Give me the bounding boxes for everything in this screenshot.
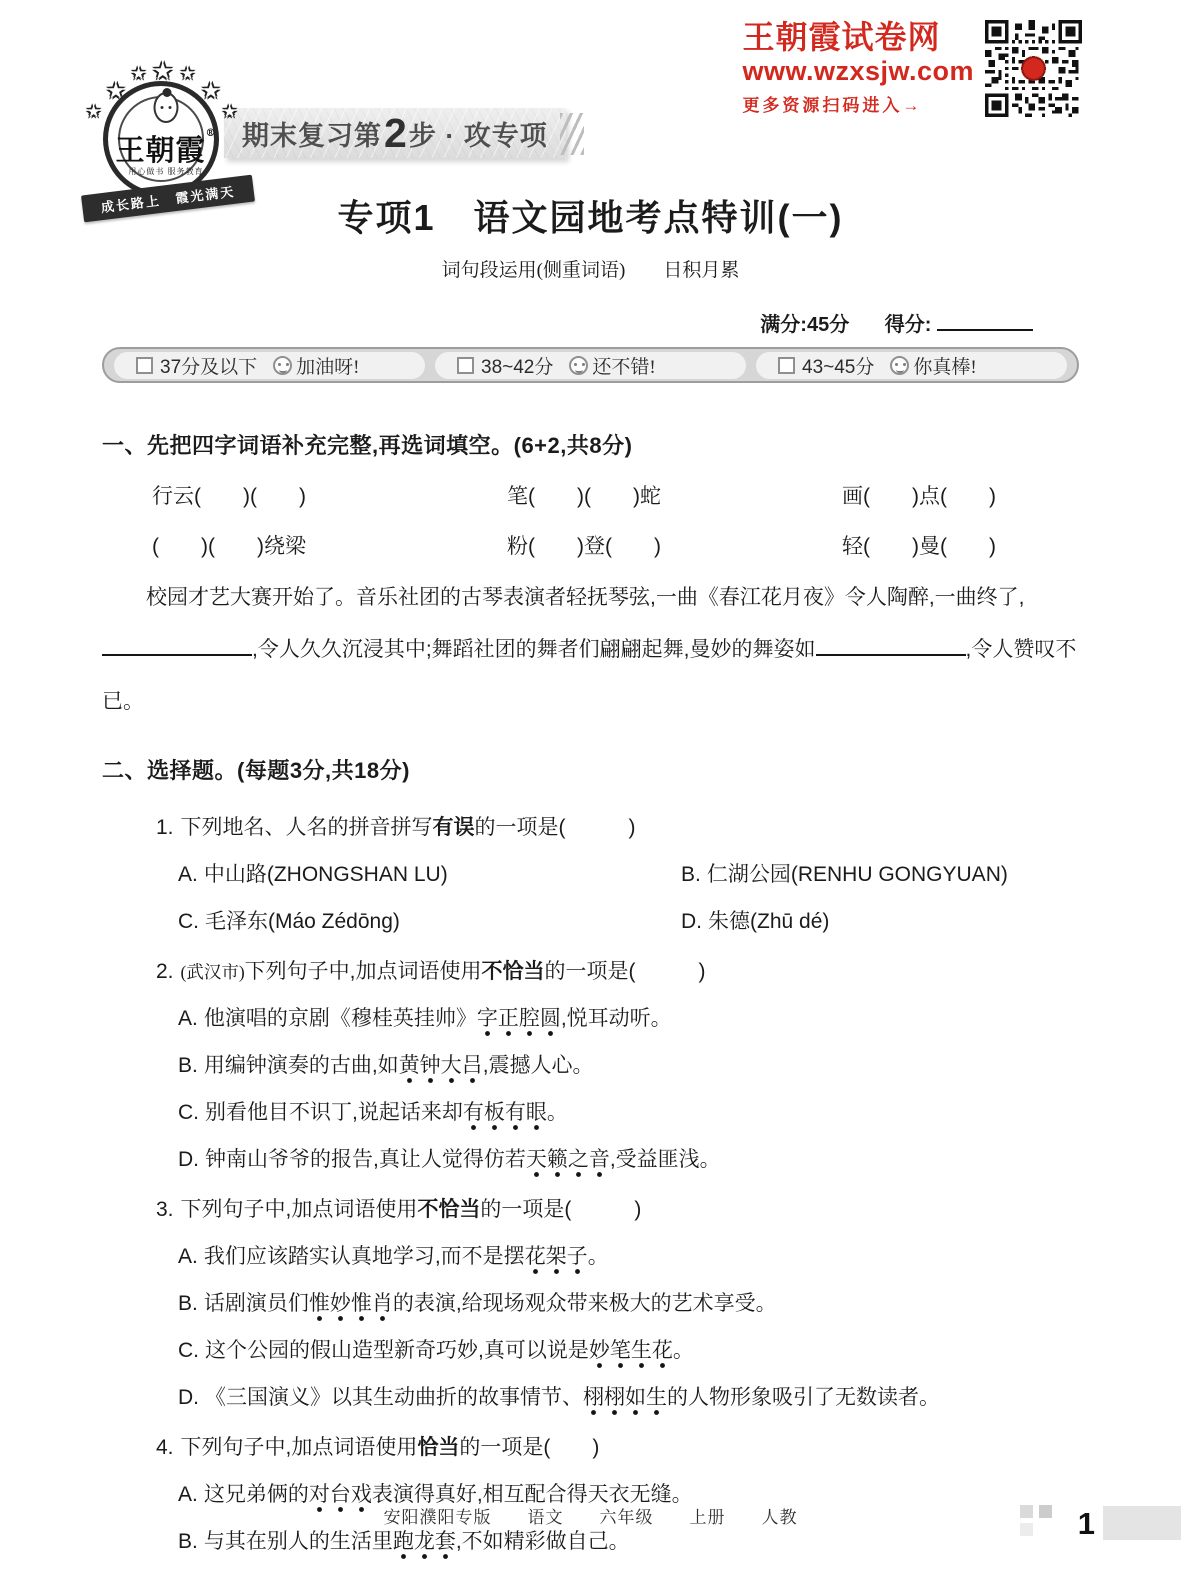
idiom-cell: 轻( )曼( ) bbox=[842, 530, 1079, 560]
dotted-word: 字正腔圆 bbox=[477, 1007, 561, 1037]
star-icon: ★ bbox=[106, 78, 126, 104]
text-segment: 毛泽东(Máo Zédōng) bbox=[205, 910, 400, 933]
got-score-label: 得分: bbox=[885, 314, 932, 336]
score-row: 满分:45分 得分: bbox=[102, 308, 1079, 337]
text-segment: ,不如精彩做自己。 bbox=[456, 1530, 630, 1553]
face-icon bbox=[273, 356, 292, 375]
text-segment: 。 bbox=[588, 1245, 609, 1268]
dotted-word: 天籁之音 bbox=[526, 1148, 610, 1178]
text-segment: 不恰当 bbox=[417, 1198, 480, 1221]
option-label: B. bbox=[178, 1530, 198, 1553]
option-row: A.他演唱的京剧《穆桂英挂帅》字正腔圆,悦耳动听。 bbox=[178, 995, 1079, 1042]
text-segment: 《三国演义》以其生动曲折的故事情节、 bbox=[205, 1386, 583, 1409]
text-segment: 朱德(Zhū dé) bbox=[708, 910, 829, 933]
option-list: A.他演唱的京剧《穆桂英挂帅》字正腔圆,悦耳动听。B.用编钟演奏的古曲,如黄钟大… bbox=[102, 995, 1079, 1183]
text-segment: 他演唱的京剧《穆桂英挂帅》 bbox=[204, 1007, 477, 1030]
portrait-icon bbox=[154, 92, 179, 123]
option-row: D.钟南山爷爷的报告,真让人觉得仿若天籁之音,受益匪浅。 bbox=[178, 1136, 1079, 1183]
rating-range: 43~45分 bbox=[802, 352, 874, 379]
text-segment: 别看他目不识丁,说起话来却 bbox=[205, 1101, 463, 1124]
idiom-cell: ( )( )绕梁 bbox=[152, 530, 507, 560]
text-segment: 的表演,给现场观众带来极大的艺术享受。 bbox=[393, 1292, 777, 1315]
text-segment: 。 bbox=[673, 1339, 694, 1362]
option-label: B. bbox=[178, 1292, 198, 1315]
text-segment: 的一项是( ) bbox=[475, 816, 636, 839]
section2-heading: 二、选择题。(每题3分,共18分) bbox=[102, 754, 1079, 785]
qr-code bbox=[985, 20, 1082, 117]
star-icon: ★ bbox=[86, 102, 101, 122]
option-label: B. bbox=[178, 1054, 198, 1077]
text-segment: 与其在别人的生活里 bbox=[204, 1530, 393, 1553]
text-segment: 仁湖公园(RENHU GONGYUAN) bbox=[707, 863, 1008, 886]
option-list: A.中山路(ZHONGSHAN LU)B.仁湖公园(RENHU GONGYUAN… bbox=[102, 851, 1079, 945]
banner-text-post: 步 · 攻专项 bbox=[409, 114, 548, 153]
fill-in-paragraph: 校园才艺大赛开始了。音乐社团的古琴表演者轻抚琴弦,一曲《春江花月夜》令人陶醉,一… bbox=[102, 572, 1079, 728]
section1-heading: 一、先把四字词语补充完整,再选词填空。(6+2,共8分) bbox=[102, 429, 1079, 460]
dotted-word: 栩栩如生 bbox=[583, 1386, 667, 1416]
option-row: D.《三国演义》以其生动曲折的故事情节、栩栩如生的人物形象吸引了无数读者。 bbox=[178, 1374, 1079, 1421]
text-segment: 有误 bbox=[433, 816, 475, 839]
dotted-word: 花架子 bbox=[525, 1245, 588, 1275]
text-segment: 校园才艺大赛开始了。音乐社团的古琴表演者轻抚琴弦,一曲《春江花月夜》令人陶醉,一… bbox=[146, 586, 1025, 609]
option-row: D.朱德(Zhū dé) bbox=[681, 898, 1079, 945]
star-icon: ★ bbox=[222, 102, 237, 122]
option-label: D. bbox=[681, 910, 702, 933]
site-text: 王朝霞试卷网 www.wzxsjw.com 更多资源扫码进入→ bbox=[742, 20, 974, 116]
question-number: 1. bbox=[156, 816, 174, 839]
option-row: A.我们应该踏实认真地学习,而不是摆花架子。 bbox=[178, 1233, 1079, 1280]
worksheet-page: ★ ★ ★ ★ ★ ★ ★ 王朝霞® 用心做书 服务教育 成长路上 霞光满天 期… bbox=[0, 0, 1181, 1582]
text-segment: 下列句子中,加点词语使用 bbox=[181, 1198, 418, 1221]
rating-segment: 37分及以下 加油呀! bbox=[114, 352, 425, 379]
text-segment: 的人物形象吸引了无数读者。 bbox=[667, 1386, 940, 1409]
score-fill-blank[interactable] bbox=[937, 312, 1033, 331]
text-segment: (武汉市) bbox=[181, 962, 245, 982]
option-label: C. bbox=[178, 910, 199, 933]
option-row: B.话剧演员们惟妙惟肖的表演,给现场观众带来极大的艺术享受。 bbox=[178, 1280, 1079, 1327]
rating-bar: 37分及以下 加油呀! 38~42分 还不错! 43~45分 你真棒! bbox=[102, 347, 1079, 383]
rating-segment: 43~45分 你真棒! bbox=[756, 352, 1067, 379]
text-segment: 这个公园的假山造型新奇巧妙,真可以说是 bbox=[205, 1339, 589, 1362]
option-label: C. bbox=[178, 1339, 199, 1362]
question-stem: 1.下列地名、人名的拼音拼写有误的一项是( ) bbox=[102, 805, 1079, 851]
star-icon: ★ bbox=[180, 64, 195, 84]
text-segment: 恰当 bbox=[417, 1436, 459, 1459]
face-icon bbox=[569, 356, 588, 375]
option-label: D. bbox=[178, 1148, 199, 1171]
text-segment: 我们应该踏实认真地学习,而不是摆 bbox=[204, 1245, 525, 1268]
rating-comment: 你真棒! bbox=[913, 352, 976, 379]
text-segment: ,震撼人心。 bbox=[483, 1054, 594, 1077]
site-url: www.wzxsjw.com bbox=[742, 55, 974, 87]
text-segment: 用编钟演奏的古曲,如 bbox=[204, 1054, 399, 1077]
page-number-band bbox=[1103, 1506, 1181, 1540]
question: 3.下列句子中,加点词语使用不恰当的一项是( )A.我们应该踏实认真地学习,而不… bbox=[102, 1187, 1079, 1421]
page-subtitle: 词句段运用(侧重词语) 日积月累 bbox=[102, 255, 1079, 282]
site-name: 王朝霞试卷网 bbox=[742, 20, 974, 55]
rating-range: 37分及以下 bbox=[160, 352, 257, 379]
option-label: D. bbox=[178, 1386, 199, 1409]
banner-step-number: 2 bbox=[384, 113, 407, 154]
corner-square bbox=[1020, 1505, 1033, 1518]
text-segment: 钟南山爷爷的报告,真让人觉得仿若 bbox=[205, 1148, 526, 1171]
rating-comment: 加油呀! bbox=[296, 352, 359, 379]
fill-in-blank[interactable] bbox=[816, 636, 966, 656]
star-icon: ★ bbox=[131, 64, 146, 84]
option-row: C.这个公园的假山造型新奇巧妙,真可以说是妙笔生花。 bbox=[178, 1327, 1079, 1374]
header-banner: 期末复习第 2 步 · 攻专项 bbox=[224, 108, 566, 158]
text-segment: ,令人久久沉浸其中;舞蹈社团的舞者们翩翩起舞,曼妙的舞姿如 bbox=[252, 638, 816, 661]
text-segment: 话剧演员们 bbox=[204, 1292, 309, 1315]
rating-checkbox[interactable] bbox=[457, 357, 474, 374]
option-row: C.别看他目不识丁,说起话来却有板有眼。 bbox=[178, 1089, 1079, 1136]
sheet-body: 专项1 语文园地考点特训(一) 词句段运用(侧重词语) 日积月累 满分:45分 … bbox=[102, 190, 1079, 1569]
option-row: B.仁湖公园(RENHU GONGYUAN) bbox=[681, 851, 1079, 898]
full-score-label: 满分:45分 bbox=[760, 314, 849, 336]
option-label: A. bbox=[178, 1245, 198, 1268]
star-icon: ★ bbox=[152, 57, 174, 86]
dotted-word: 有板有眼 bbox=[463, 1101, 547, 1131]
text-segment: 。 bbox=[547, 1101, 568, 1124]
idiom-cell: 粉( )登( ) bbox=[507, 530, 842, 560]
option-label: A. bbox=[178, 863, 198, 886]
text-segment: 下列句子中,加点词语使用 bbox=[181, 1436, 418, 1459]
rating-range: 38~42分 bbox=[481, 352, 553, 379]
question-stem: 2.(武汉市)下列句子中,加点词语使用不恰当的一项是( ) bbox=[102, 949, 1079, 995]
brand-name: 王朝霞® bbox=[115, 128, 216, 169]
rating-checkbox[interactable] bbox=[136, 357, 153, 374]
dotted-word: 跑龙套 bbox=[393, 1530, 456, 1560]
site-block: 王朝霞试卷网 www.wzxsjw.com 更多资源扫码进入→ bbox=[742, 20, 1082, 117]
text-segment: 中山路(ZHONGSHAN LU) bbox=[204, 863, 448, 886]
text-segment: 下列地名、人名的拼音拼写 bbox=[181, 816, 433, 839]
question-number: 3. bbox=[156, 1198, 174, 1221]
question: 1.下列地名、人名的拼音拼写有误的一项是( )A.中山路(ZHONGSHAN L… bbox=[102, 805, 1079, 945]
idiom-cell: 行云( )( ) bbox=[152, 480, 507, 510]
idiom-grid: 行云( )( ) 笔( )( )蛇 画( )点( ) ( )( )绕梁 粉( )… bbox=[102, 480, 1079, 560]
option-row: B.用编钟演奏的古曲,如黄钟大吕,震撼人心。 bbox=[178, 1042, 1079, 1089]
rating-checkbox[interactable] bbox=[778, 357, 795, 374]
banner-text-pre: 期末复习第 bbox=[242, 114, 382, 153]
question-list: 1.下列地名、人名的拼音拼写有误的一项是( )A.中山路(ZHONGSHAN L… bbox=[102, 805, 1079, 1565]
option-row: A.中山路(ZHONGSHAN LU) bbox=[178, 851, 681, 898]
rating-comment: 还不错! bbox=[592, 352, 655, 379]
text-segment: 的一项是( ) bbox=[459, 1436, 599, 1459]
text-segment: 的一项是( ) bbox=[480, 1198, 641, 1221]
page-number: 1 bbox=[1078, 1506, 1095, 1542]
dotted-word: 妙笔生花 bbox=[589, 1339, 673, 1369]
qr-emblem bbox=[1022, 57, 1045, 80]
corner-square bbox=[1039, 1505, 1052, 1518]
option-label: B. bbox=[681, 863, 701, 886]
option-list: A.我们应该踏实认真地学习,而不是摆花架子。B.话剧演员们惟妙惟肖的表演,给现场… bbox=[102, 1233, 1079, 1421]
star-icon: ★ bbox=[201, 78, 221, 104]
brand-slogan: 用心做书 服务教育 bbox=[128, 166, 203, 177]
footer-edition: 安阳濮阳专版 语文 六年级 上册 人教 bbox=[0, 1503, 1181, 1528]
question-stem: 3.下列句子中,加点词语使用不恰当的一项是( ) bbox=[102, 1187, 1079, 1233]
corner-square bbox=[1020, 1523, 1033, 1536]
text-segment: 下列句子中,加点词语使用 bbox=[245, 960, 482, 983]
option-row: C.毛泽东(Máo Zédōng) bbox=[178, 898, 681, 945]
option-label: C. bbox=[178, 1101, 199, 1124]
option-label: A. bbox=[178, 1007, 198, 1030]
question-number: 2. bbox=[156, 960, 174, 983]
text-segment: ,受益匪浅。 bbox=[610, 1148, 721, 1171]
text-segment: ,悦耳动听。 bbox=[561, 1007, 672, 1030]
question: 2.(武汉市)下列句子中,加点词语使用不恰当的一项是( )A.他演唱的京剧《穆桂… bbox=[102, 949, 1079, 1183]
site-tip: 更多资源扫码进入→ bbox=[742, 91, 974, 116]
text-segment: 的一项是( ) bbox=[545, 960, 706, 983]
text-segment: 不恰当 bbox=[482, 960, 545, 983]
question-number: 4. bbox=[156, 1436, 174, 1459]
face-icon bbox=[890, 356, 909, 375]
question: 4.下列句子中,加点词语使用恰当的一项是( )A.这兄弟俩的对台戏表演得真好,相… bbox=[102, 1425, 1079, 1565]
registered-mark: ® bbox=[206, 128, 217, 139]
rating-segment: 38~42分 还不错! bbox=[435, 352, 746, 379]
idiom-cell: 画( )点( ) bbox=[842, 480, 1079, 510]
dotted-word: 惟妙惟肖 bbox=[309, 1292, 393, 1322]
question-stem: 4.下列句子中,加点词语使用恰当的一项是( ) bbox=[102, 1425, 1079, 1471]
fill-in-blank[interactable] bbox=[102, 636, 252, 656]
dotted-word: 黄钟大吕 bbox=[399, 1054, 483, 1084]
idiom-cell: 笔( )( )蛇 bbox=[507, 480, 842, 510]
